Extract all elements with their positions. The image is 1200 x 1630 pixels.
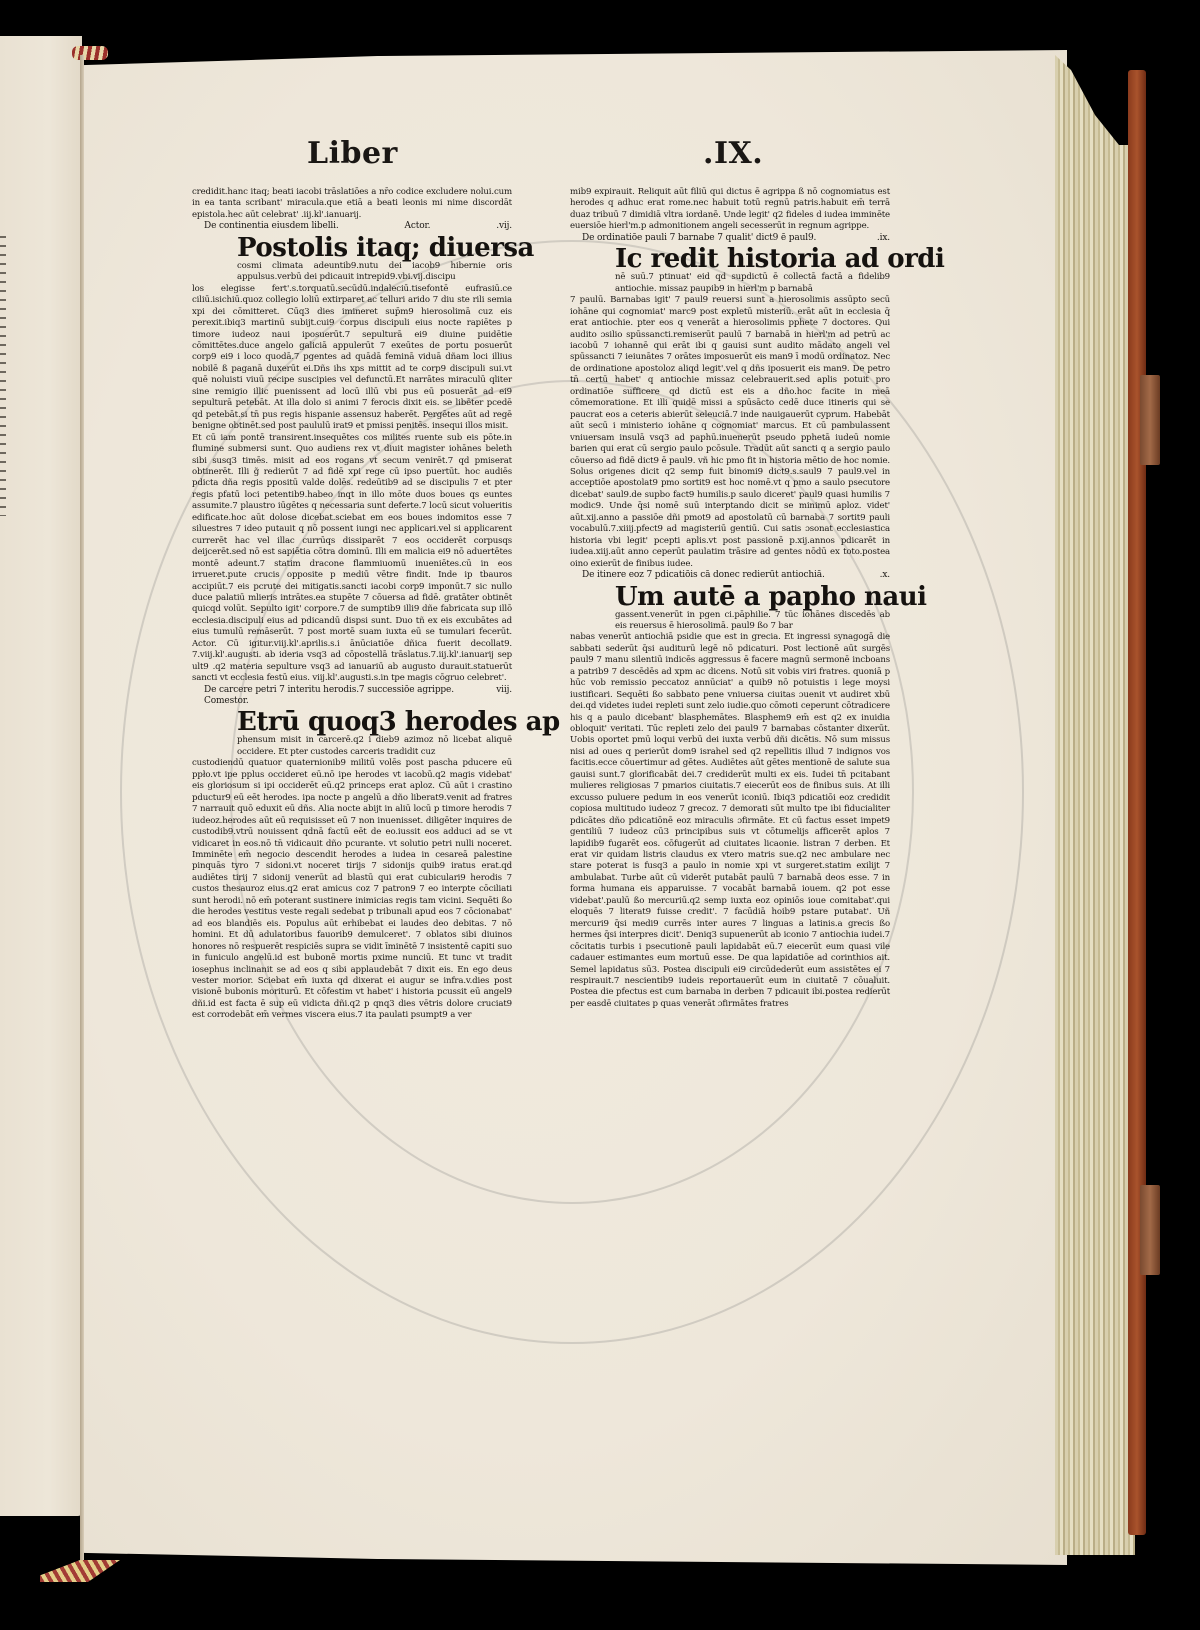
body-paragraph: custodiendū quatuor quaternionib9 militū…	[192, 758, 512, 1021]
gutter	[80, 55, 84, 1560]
chapter-heading: Ic redit historia ad ordi	[615, 246, 890, 272]
intro-paragraph: credidit.hanc itaq; beati iacobi trāslat…	[192, 187, 512, 221]
body-paragraph: Et cū iam pontē transirent.insequētes co…	[192, 433, 512, 685]
left-text-column: credidit.hanc itaq; beati iacobi trāslat…	[192, 187, 512, 1022]
headband-bottom	[40, 1560, 120, 1582]
body-paragraph: los elegisse fert'.s.torquatū.secūdū.ind…	[192, 284, 512, 433]
rubric-heading: De ordinatiōe pauli 7 barnabe 7 qualit' …	[582, 233, 890, 244]
chapter-number: .vij.	[496, 221, 512, 232]
chapter-heading-continuation: nē suū.7 ptinuat' eid qd supdictū ē coll…	[570, 272, 890, 295]
chapter-number: viij.	[496, 685, 512, 696]
chapter-number: .ix.	[877, 233, 890, 244]
clasp-top	[1140, 375, 1160, 465]
rubric-source: Comestor.	[204, 696, 249, 707]
facing-left-page	[0, 36, 82, 1516]
rubric-text: De carcere petri 7 interitu herodis.7 su…	[204, 685, 454, 696]
left-page-text-edge	[0, 236, 6, 516]
rubric-text: De itinere eoz 7 pdicatiōis cā donec red…	[582, 570, 825, 581]
chapter-heading: Postolis itaq; diuersa	[237, 235, 512, 261]
chapter-heading-continuation: phensum misit in carcerē.q2 i dieb9 azim…	[192, 735, 512, 758]
rubric-heading: De continentia eiusdem libelli. Actor. .…	[204, 221, 512, 232]
chapter-heading-continuation: gassent.venerūt in pgen ci.pāphilie. 7 t…	[570, 610, 890, 633]
chapter-heading-continuation: cosmi climata adeuntib9.nutu dei iacob9 …	[192, 261, 512, 284]
rubric-heading: De itinere eoz 7 pdicatiōis cā donec red…	[582, 570, 890, 581]
running-head-right: .IX.	[703, 136, 763, 171]
rubric-text: De continentia eiusdem libelli.	[204, 221, 339, 232]
rubric-text: De ordinatiōe pauli 7 barnabe 7 qualit' …	[582, 233, 816, 244]
intro-paragraph: mib9 expirauit. Reliquit aūt filiū qui d…	[570, 187, 890, 233]
chapter-heading: Um autē a papho naui	[615, 584, 890, 610]
headband-top	[72, 46, 108, 60]
clasp-bottom	[1140, 1185, 1160, 1275]
body-paragraph: nabas venerūt antiochiā psidie que est i…	[570, 632, 890, 1010]
fore-edge-pages	[1055, 55, 1135, 1555]
chapter-number: .x.	[880, 570, 890, 581]
rubric-source-line: Comestor.	[204, 696, 512, 707]
leather-cover-edge	[1128, 70, 1146, 1535]
right-text-column: mib9 expirauit. Reliquit aūt filiū qui d…	[570, 187, 890, 1010]
body-paragraph: 7 paulū. Barnabas igit' 7 paul9 reuersi …	[570, 295, 890, 570]
chapter-heading: Etrū quoq3 herodes ap	[237, 709, 512, 735]
running-head-left: Liber	[307, 136, 398, 171]
rubric-source: Actor.	[405, 221, 431, 232]
rubric-heading: De carcere petri 7 interitu herodis.7 su…	[204, 685, 512, 696]
